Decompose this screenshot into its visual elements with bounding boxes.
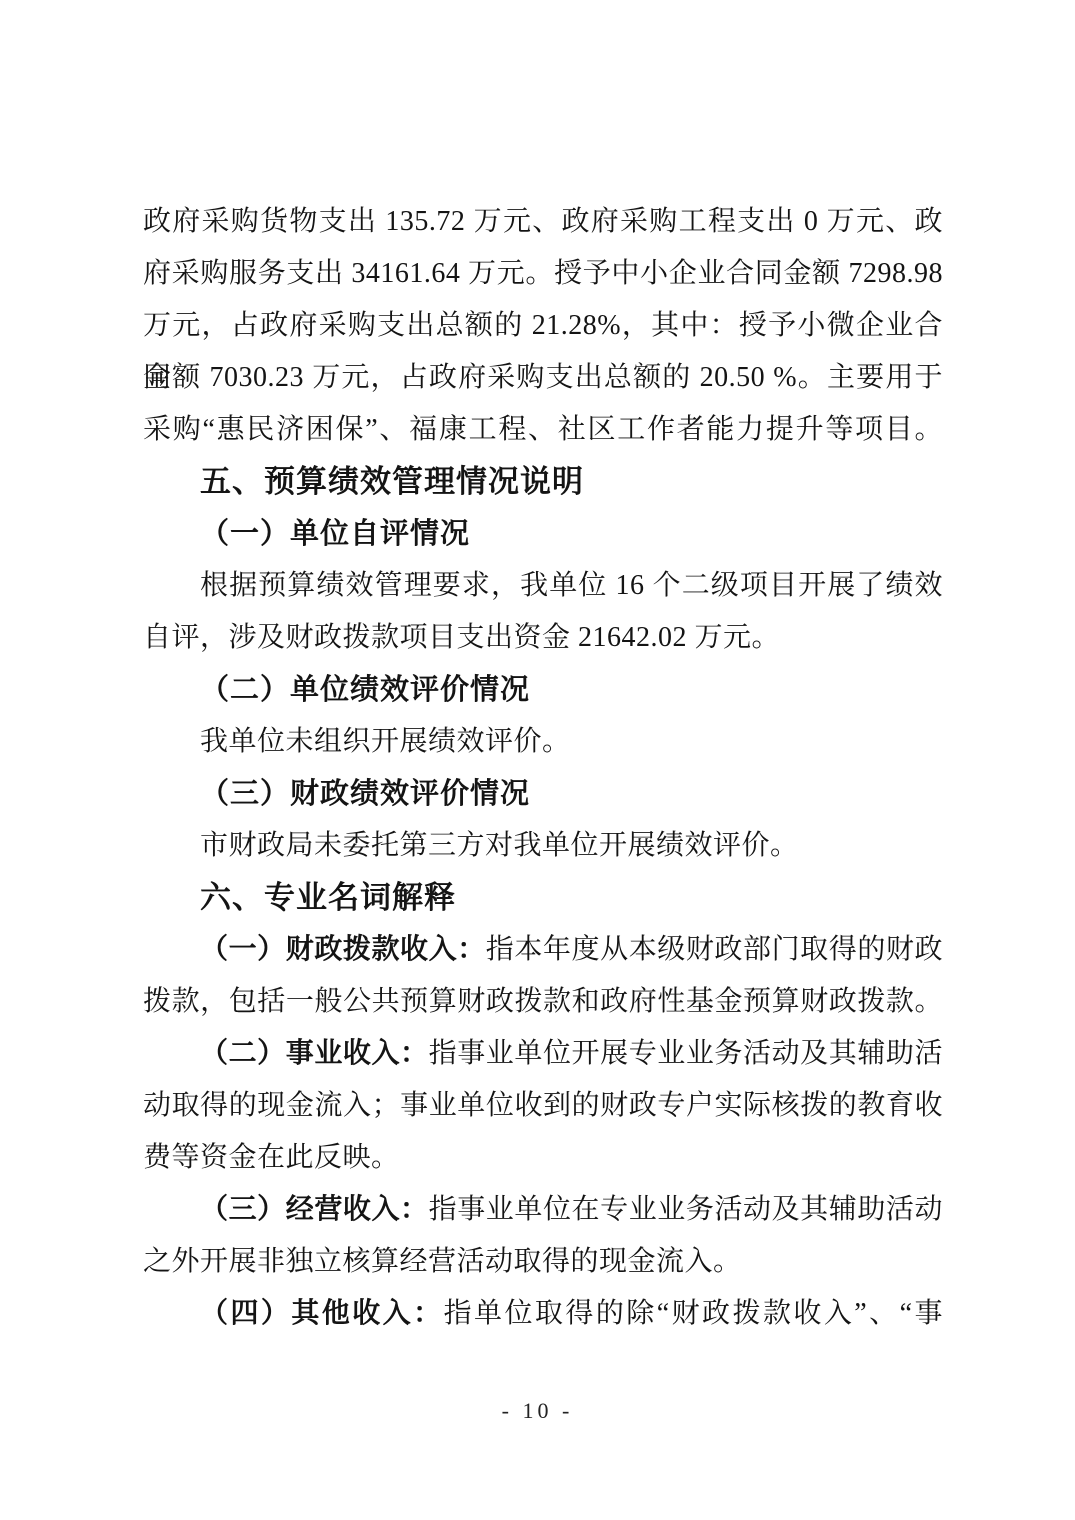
body-line: 根据预算绩效管理要求，我单位 16 个二级项目开展了绩效: [143, 560, 943, 612]
body-line: 政府采购货物支出 135.72 万元、政府采购工程支出 0 万元、政: [143, 196, 943, 248]
document-body: 政府采购货物支出 135.72 万元、政府采购工程支出 0 万元、政 府采购服务…: [143, 196, 943, 1340]
subsection-heading-5-2: （二）单位绩效评价情况: [143, 664, 943, 716]
section-heading-5: 五、预算绩效管理情况说明: [143, 456, 943, 508]
definition-text: 指事业单位在专业业务活动及其辅助活动: [429, 1194, 943, 1225]
definition-line: （四）其他收入：指单位取得的除“财政拨款收入”、“事: [143, 1288, 943, 1340]
definition-term: （四）其他收入：: [200, 1298, 444, 1329]
definition-line: （一）财政拨款收入：指本年度从本级财政部门取得的财政: [143, 924, 943, 976]
section-heading-6: 六、专业名词解释: [143, 872, 943, 924]
body-line: 万元，占政府采购支出总额的 21.28%，其中：授予小微企业合同: [143, 300, 943, 352]
body-line: 动取得的现金流入；事业单位收到的财政专户实际核拨的教育收: [143, 1080, 943, 1132]
body-line: 之外开展非独立核算经营活动取得的现金流入。: [143, 1236, 943, 1288]
body-line: 市财政局未委托第三方对我单位开展绩效评价。: [143, 820, 943, 872]
page-footer: - 10 -: [0, 1398, 1075, 1424]
definition-text: 指事业单位开展专业业务活动及其辅助活: [429, 1038, 943, 1069]
body-line: 我单位未组织开展绩效评价。: [143, 716, 943, 768]
definition-term: （三）经营收入：: [200, 1194, 429, 1225]
definition-line: （三）经营收入：指事业单位在专业业务活动及其辅助活动: [143, 1184, 943, 1236]
definition-line: （二）事业收入：指事业单位开展专业业务活动及其辅助活: [143, 1028, 943, 1080]
definition-term: （一）财政拨款收入：: [200, 934, 486, 965]
subsection-heading-5-3: （三）财政绩效评价情况: [143, 768, 943, 820]
body-line: 府采购服务支出 34161.64 万元。授予中小企业合同金额 7298.98: [143, 248, 943, 300]
document-page: 政府采购货物支出 135.72 万元、政府采购工程支出 0 万元、政 府采购服务…: [0, 0, 1075, 1520]
definition-term: （二）事业收入：: [200, 1038, 429, 1069]
body-line: 金额 7030.23 万元，占政府采购支出总额的 20.50 %。主要用于: [143, 352, 943, 404]
body-line: 费等资金在此反映。: [143, 1132, 943, 1184]
definition-text: 指单位取得的除“财政拨款收入”、“事: [444, 1298, 943, 1329]
body-line: 采购“惠民济困保”、福康工程、社区工作者能力提升等项目。: [143, 404, 943, 456]
subsection-heading-5-1: （一）单位自评情况: [143, 508, 943, 560]
definition-text: 指本年度从本级财政部门取得的财政: [486, 934, 943, 965]
page-number: - 10 -: [502, 1398, 574, 1423]
body-line: 自评，涉及财政拨款项目支出资金 21642.02 万元。: [143, 612, 943, 664]
body-line: 拨款，包括一般公共预算财政拨款和政府性基金预算财政拨款。: [143, 976, 943, 1028]
